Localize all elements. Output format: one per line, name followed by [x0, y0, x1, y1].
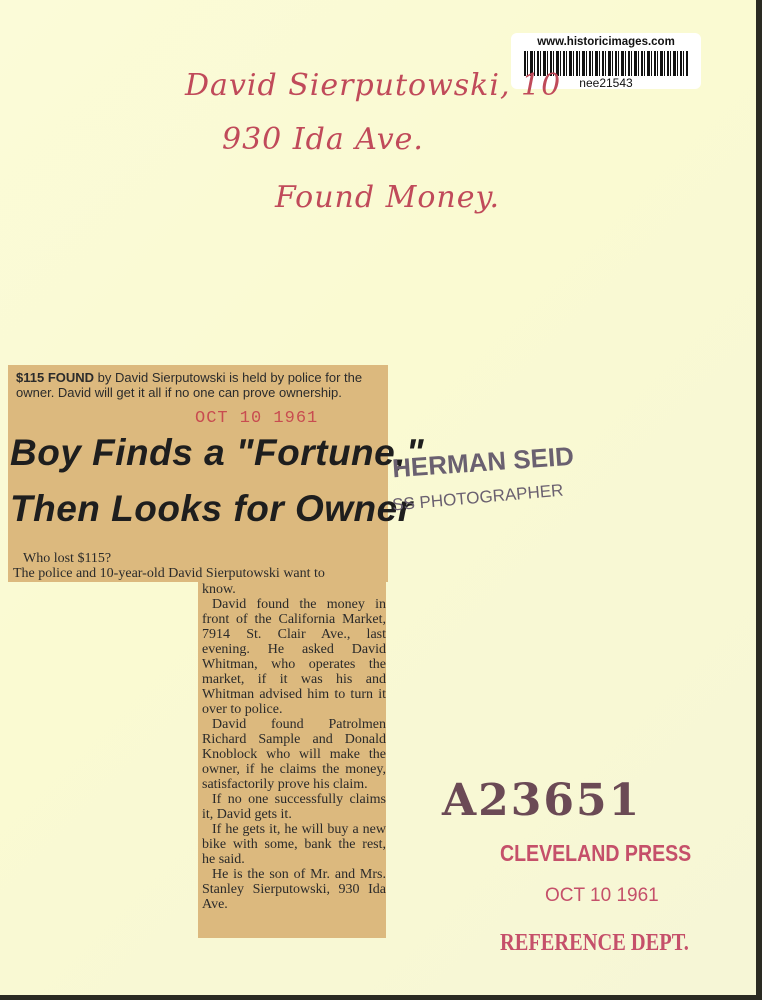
- handwriting-name: David Sierputowski, 10: [185, 68, 561, 103]
- clipping-body: know. David found the money in front of …: [202, 582, 386, 912]
- label-url: www.historicimages.com: [511, 36, 701, 49]
- archive-date-stamp: OCT 10 1961: [545, 885, 659, 907]
- archive-org-stamp: CLEVELAND PRESS: [500, 840, 691, 867]
- handwriting-subject: Found Money.: [275, 180, 500, 215]
- clipping-kicker: $115 FOUND by David Sierputowski is held…: [16, 370, 378, 400]
- photographer-stamp-title: SS PHOTOGRAPHER: [391, 481, 564, 516]
- clipping-lead: Who lost $115? The police and 10-year-ol…: [23, 551, 388, 581]
- handwriting-address: 930 Ida Ave.: [222, 122, 424, 157]
- photo-back: www.historicimages.com nee21543 David Si…: [0, 0, 756, 995]
- headline-line1: Boy Finds a "Fortune,": [10, 432, 424, 474]
- archive-dept-stamp: REFERENCE DEPT.: [500, 930, 689, 957]
- headline-line2: Then Looks for Owner: [10, 488, 413, 530]
- clipping-date-stamp: OCT 10 1961: [195, 409, 318, 428]
- archive-number-stamp: A23651: [442, 775, 641, 826]
